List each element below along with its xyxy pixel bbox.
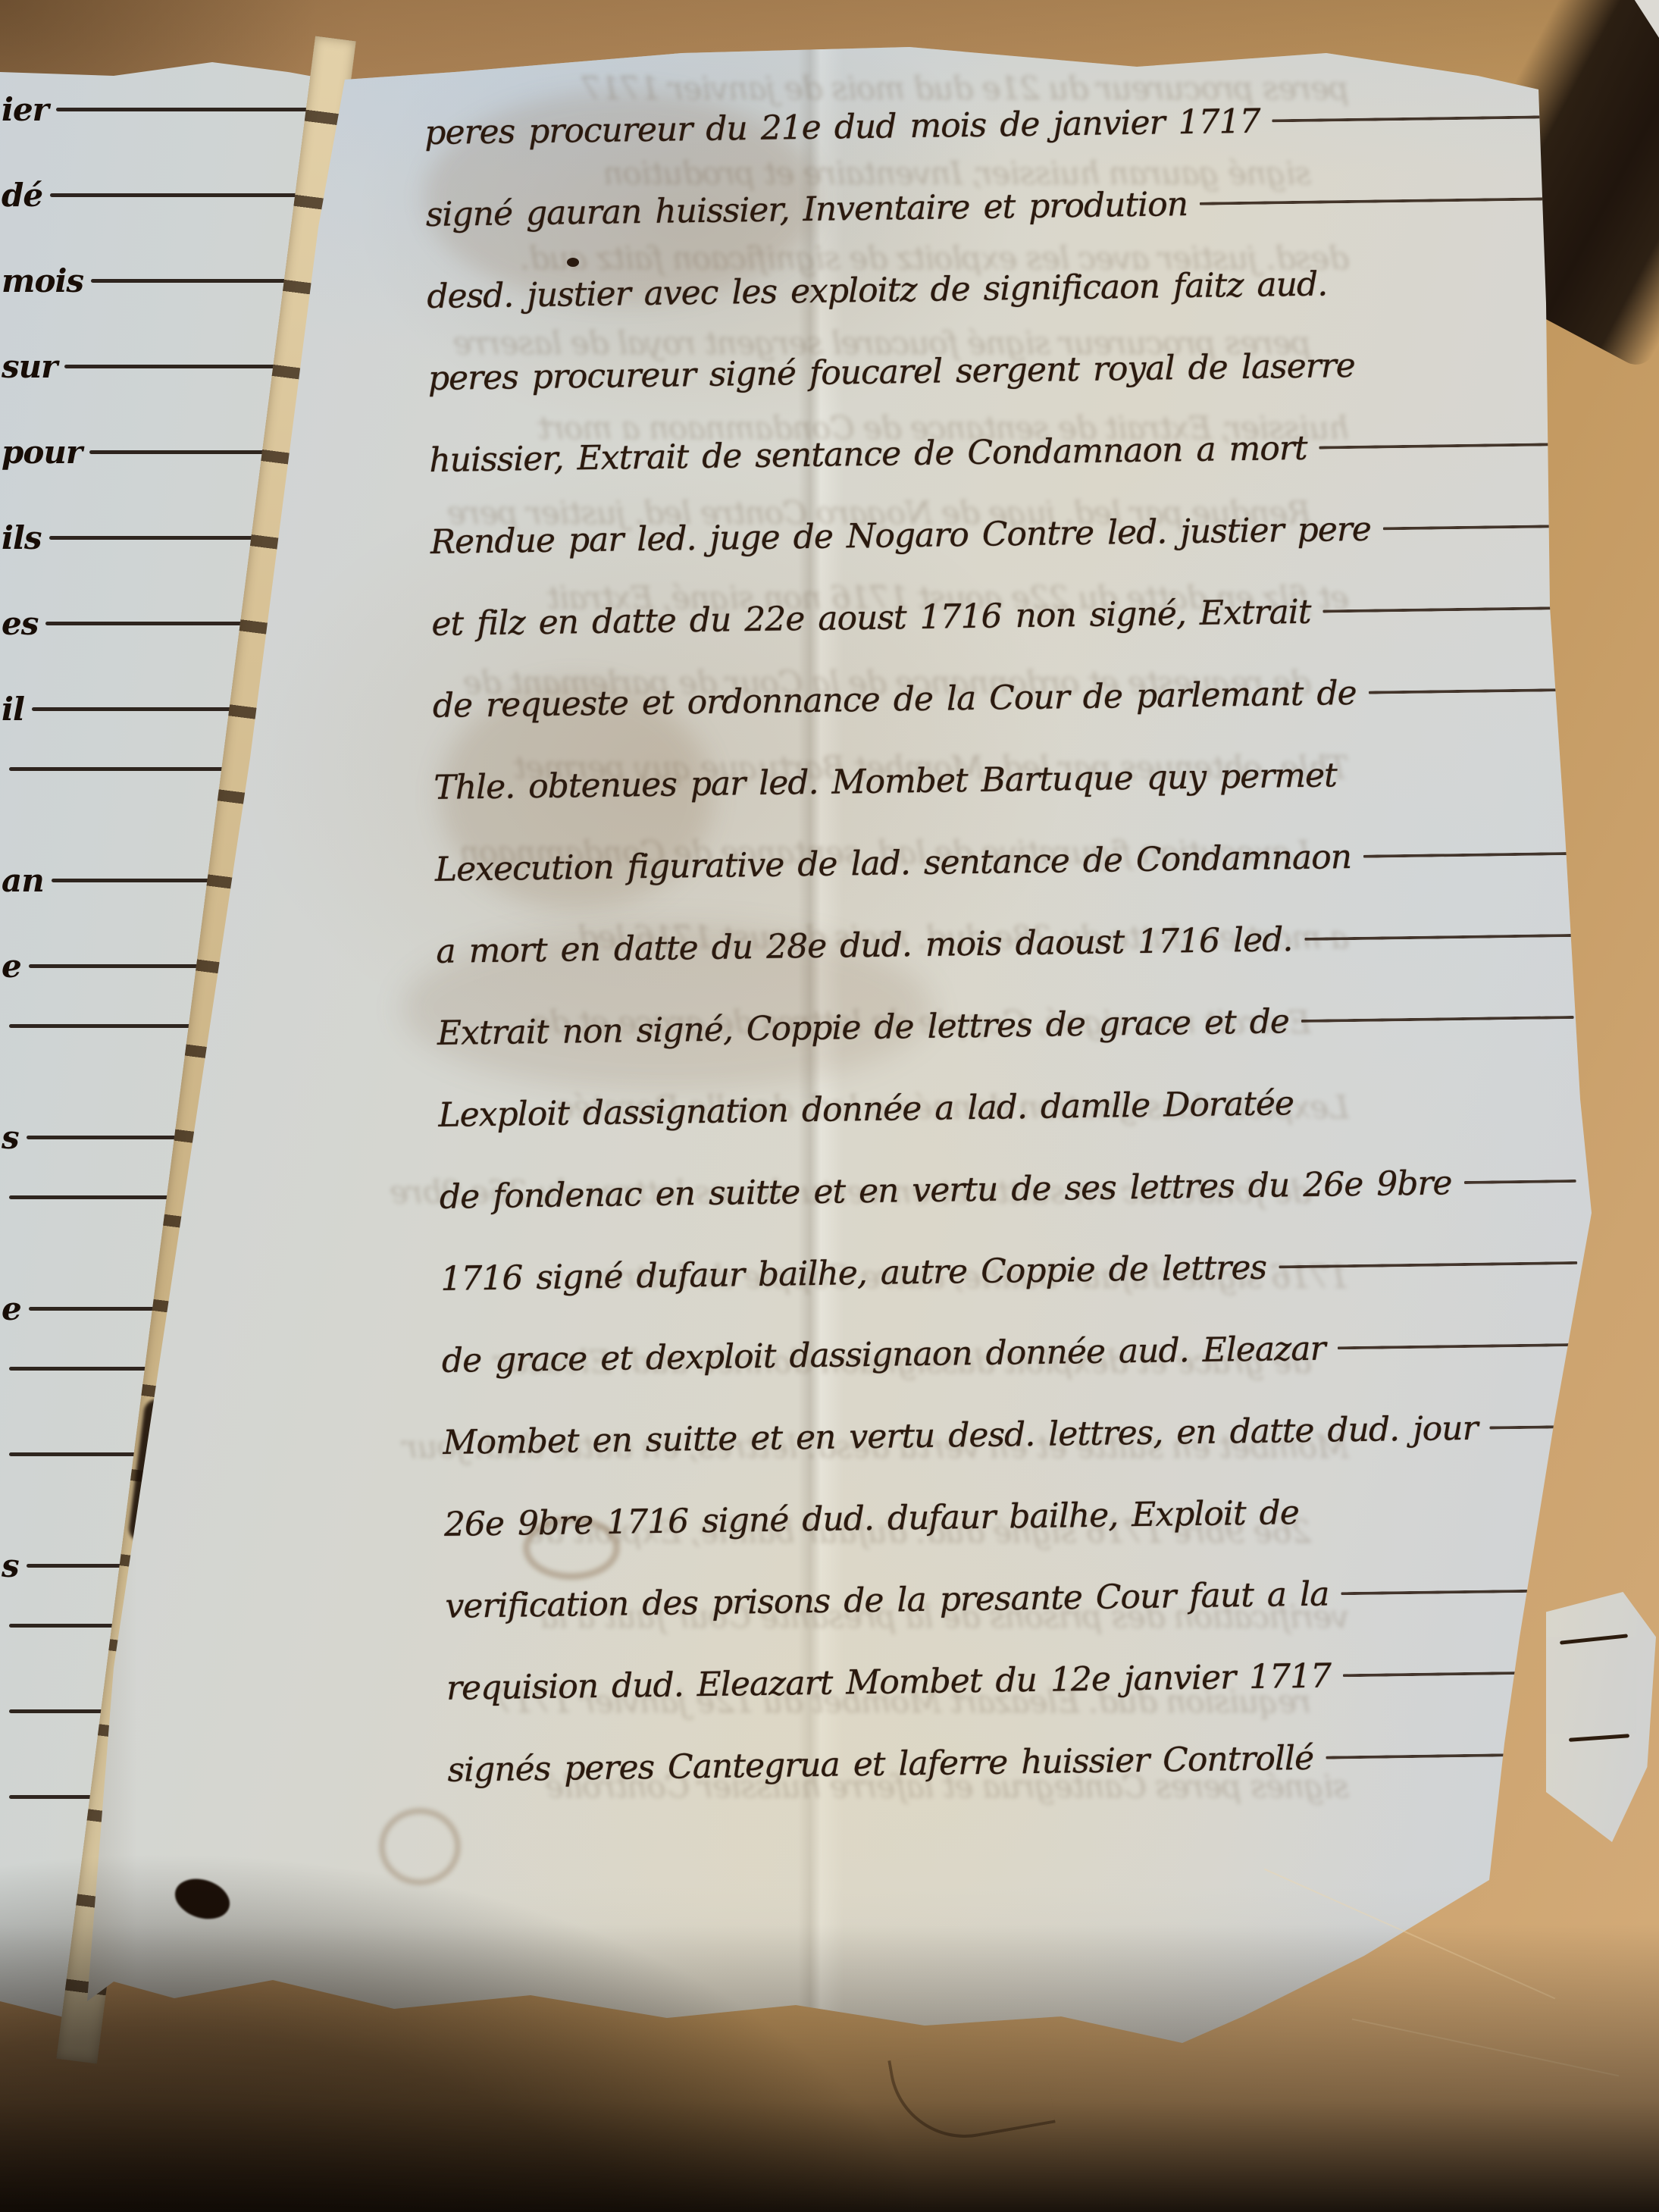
wood-scratch-line	[1352, 2019, 1620, 2077]
manuscript-lines: peres procureur du 21e dud mois de janvi…	[424, 98, 1585, 1833]
line-end-flourish-dash	[1326, 1753, 1584, 1759]
manuscript-line: 26e 9bre 1716 signé dud. dufaur bailhe, …	[444, 1490, 1582, 1587]
fragment-dash	[91, 279, 314, 283]
manuscript-line: Thle. obtenues par led. Mombet Bartuque …	[434, 753, 1571, 851]
fragment-dash	[9, 1709, 114, 1713]
left-page-line-fragment: ils	[0, 519, 279, 605]
line-end-flourish-dash	[1338, 1343, 1579, 1349]
line-end-flourish-dash	[1200, 197, 1563, 205]
fragment-text: an	[0, 862, 44, 899]
fragment-dash	[50, 193, 325, 197]
fragment-dash	[9, 1452, 149, 1456]
fragment-dash	[9, 767, 243, 771]
fragment-text: es	[0, 605, 38, 642]
fragment-dash	[29, 964, 220, 968]
manuscript-line: 1716 signé dufaur bailhe, autre Coppie d…	[440, 1244, 1578, 1342]
fragment-text: mois	[0, 262, 83, 299]
manuscript-line-text: peres procureur du 21e dud mois de janvi…	[424, 102, 1260, 152]
ink-speck	[822, 2016, 842, 2029]
fragment-text: il	[0, 691, 24, 728]
fragment-dash	[45, 622, 267, 625]
fragment-dash	[9, 1024, 208, 1028]
fragment-dash	[27, 1136, 196, 1139]
left-page-line-fragment	[0, 1033, 208, 1119]
left-page-line-fragment: il	[0, 691, 255, 776]
left-page-line-fragment: es	[0, 605, 267, 691]
manuscript-line: requision dud. Eleazart Mombet du 12e ja…	[446, 1653, 1584, 1751]
manuscript-line: a mort en datte du 28e dud. mois daoust …	[436, 916, 1573, 1014]
line-end-flourish-dash	[1272, 115, 1562, 122]
manuscript-line: de requeste et ordonnance de la Cour de …	[433, 671, 1570, 769]
fragment-text: e	[0, 1290, 21, 1327]
left-page-line-fragment: dé	[0, 177, 326, 262]
fragment-dash	[56, 108, 337, 111]
manuscript-line: huissier, Extrait de sentance de Condamn…	[429, 425, 1567, 523]
line-end-flourish-dash	[1301, 1016, 1574, 1023]
fragment-dash	[89, 450, 290, 454]
fragment-dash	[64, 365, 302, 368]
fragment-dash	[9, 1367, 161, 1371]
fragment-dash	[9, 1795, 102, 1799]
fragment-text: sur	[0, 348, 57, 385]
photo-scene: ierdémoissurpourilsesilaneses peres proc…	[0, 0, 1659, 2212]
manuscript-line: Extrait non signé, Coppie de lettres de …	[437, 998, 1575, 1096]
left-page-line-fragment: sur	[0, 348, 302, 434]
left-page-line-fragment: mois	[0, 262, 314, 348]
manuscript-line: peres procureur du 21e dud mois de janvi…	[424, 98, 1562, 196]
line-end-flourish-dash	[1279, 1261, 1577, 1269]
left-page-line-fragment: e	[0, 948, 220, 1033]
manuscript-line: de grace et dexploit dassignaon donnée a…	[442, 1326, 1579, 1424]
fragment-text: s	[0, 1119, 19, 1156]
fragment-dash	[52, 879, 232, 882]
manuscript-line: de fondenac en suitte et en vertu de ses…	[440, 1162, 1577, 1260]
under-sheet-sliver	[1546, 1592, 1656, 1842]
line-end-flourish-dash	[1369, 688, 1570, 694]
line-end-flourish-dash	[1341, 1589, 1582, 1595]
fragment-dash	[9, 1195, 185, 1199]
left-page-line-fragment	[0, 776, 243, 862]
manuscript-line: peres procureur signé foucarel sergent r…	[428, 343, 1566, 441]
fragment-text: ier	[0, 91, 49, 128]
line-end-flourish-dash	[1463, 1180, 1576, 1184]
fragment-text: ils	[0, 519, 42, 556]
line-end-flourish-dash	[1323, 606, 1568, 613]
manuscript-line: signés peres Cantegrua et laferre huissi…	[447, 1735, 1585, 1833]
line-end-flourish-dash	[1304, 934, 1573, 941]
fragment-dash	[29, 1307, 173, 1311]
left-page-line-fragment: an	[0, 862, 232, 948]
manuscript-line: desd. justier avec les exploitz de signi…	[427, 262, 1564, 359]
manuscript-line: Lexecution figurative de lad. sentance d…	[435, 835, 1573, 932]
manuscript-line: signé gauran huissier, Inventaire et pro…	[426, 180, 1564, 277]
line-end-flourish-dash	[1319, 443, 1566, 450]
fragment-text: pour	[0, 434, 82, 471]
wood-scratch-mark	[887, 2034, 1056, 2150]
left-page-line-fragment: ier	[0, 91, 337, 177]
fragment-dash	[49, 536, 279, 540]
fragment-text: e	[0, 948, 21, 985]
line-end-flourish-dash	[1363, 852, 1572, 858]
left-page-line-fragment: pour	[0, 434, 290, 519]
manuscript-line: Rendue par led. juge de Nogaro Contre le…	[430, 507, 1568, 605]
fragment-dash	[32, 707, 255, 711]
ink-blot	[170, 1872, 235, 1925]
manuscript-line: verification des prisons de la presante …	[445, 1571, 1582, 1669]
manuscript-line: Lexploit dassignation donnée a lad. daml…	[438, 1080, 1576, 1178]
manuscript-line: Mombet en suitte et en vertu desd. lettr…	[443, 1408, 1580, 1505]
line-end-flourish-dash	[1490, 1425, 1580, 1430]
line-end-flourish-dash	[1383, 525, 1567, 530]
fragment-text: s	[0, 1547, 19, 1584]
manuscript-line: et filz en datte du 22e aoust 1716 non s…	[431, 589, 1569, 687]
fragment-text: dé	[0, 177, 42, 214]
fragment-dash	[9, 1624, 126, 1628]
